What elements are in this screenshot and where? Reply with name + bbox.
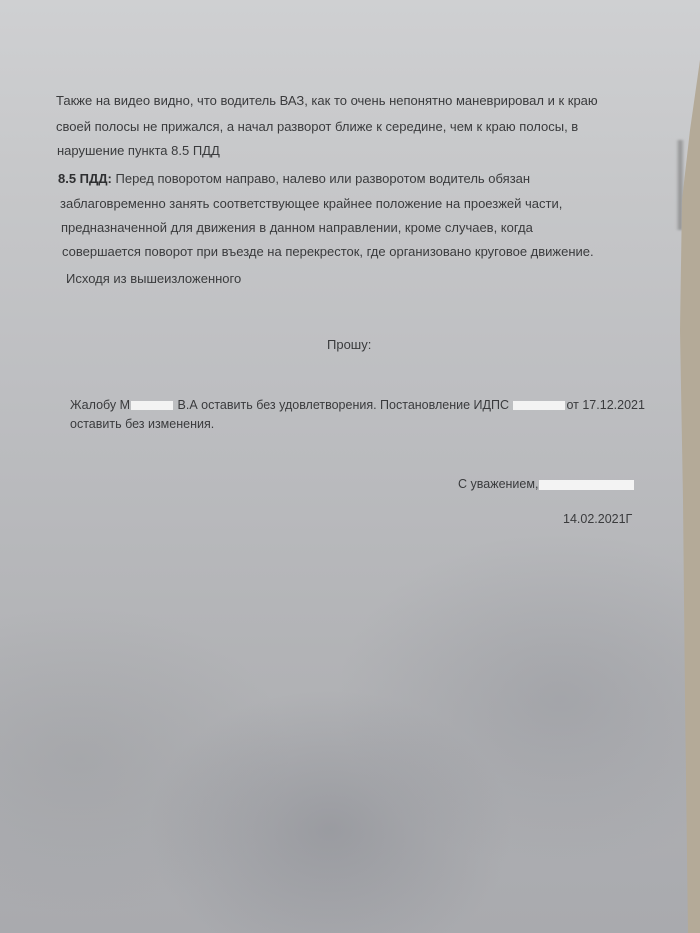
request-heading: Прошу: [327,338,371,351]
request-text-start: Жалобу М [70,398,130,412]
request-text-end: от 17.12.2021 [566,398,644,412]
request-text-middle: В.А оставить без удовлетворения. Постано… [174,398,512,412]
rule-quote-line2: заблаговременно занять соответствующее к… [60,197,562,210]
rule-label: 8.5 ПДД: [58,171,112,186]
paragraph1-line2: своей полосы не прижался, а начал развор… [56,120,578,133]
closing-regards: С уважением, [458,478,635,491]
document-page: Также на видео видно, что водитель ВАЗ, … [0,0,700,933]
rule-quote-line4: совершается поворот при въезде на перекр… [62,245,594,258]
paper-edge-smudge [676,140,684,230]
paragraph1-line3: нарушение пункта 8.5 ПДД [57,144,220,157]
conclusion-intro: Исходя из вышеизложенного [66,272,241,285]
request-line2: оставить без изменения. [70,418,214,431]
redacted-signature-name [539,480,634,490]
request-line1: Жалобу М В.А оставить без удовлетворения… [70,399,645,412]
rule-quote-line1: 8.5 ПДД: Перед поворотом направо, налево… [58,172,530,185]
redacted-officer-name [513,401,565,410]
rule-text: Перед поворотом направо, налево или разв… [112,171,530,186]
paragraph1-line1: Также на видео видно, что водитель ВАЗ, … [56,94,598,107]
closing-date: 14.02.2021Г [563,513,632,526]
redacted-name [131,401,173,410]
rule-quote-line3: предназначенной для движения в данном на… [61,221,533,234]
regards-text: С уважением, [458,477,538,491]
